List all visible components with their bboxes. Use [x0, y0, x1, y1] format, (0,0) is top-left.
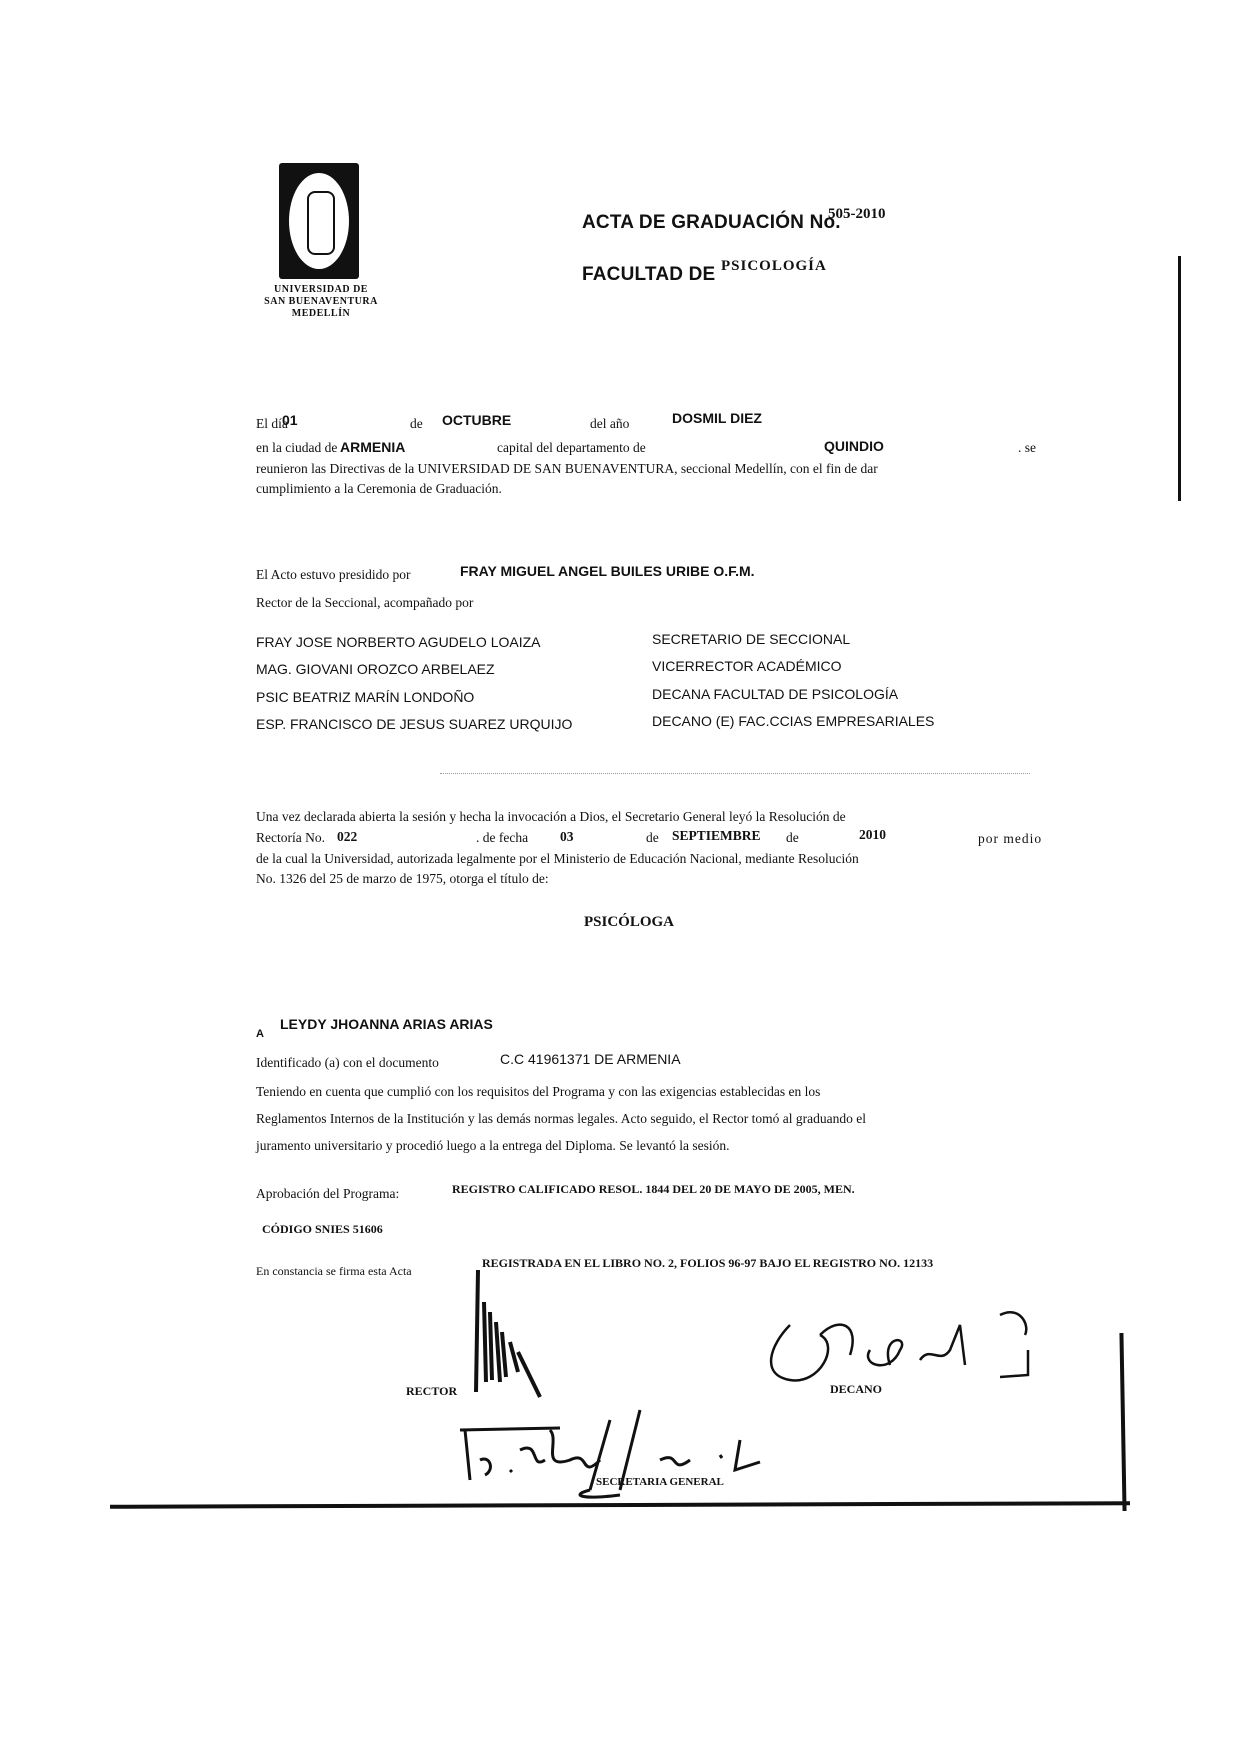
member-role: DECANO (E) FAC.CCIAS EMPRESARIALES	[652, 713, 934, 729]
university-seal-icon	[279, 163, 359, 279]
anio-label: del año	[590, 417, 629, 431]
por-medio-label: por medio	[978, 832, 1042, 846]
id-value: C.C 41961371 DE ARMENIA	[500, 1051, 681, 1067]
id-label: Identificado (a) con el documento	[256, 1056, 439, 1070]
date-line-4: cumplimiento a la Ceremonia de Graduació…	[256, 482, 502, 496]
aprobacion-label: Aprobación del Programa:	[256, 1187, 399, 1201]
secretaria-label: SECRETARIA GENERAL	[596, 1476, 724, 1488]
facultad-label: FACULTAD DE	[582, 264, 715, 286]
member-role: SECRETARIO DE SECCIONAL	[652, 631, 850, 647]
logo-line-3: MEDELLÍN	[246, 308, 396, 319]
resolution-line-4: No. 1326 del 25 de marzo de 1975, otorga…	[256, 872, 549, 886]
resolution-line-3: de la cual la Universidad, autorizada le…	[256, 852, 1036, 866]
member-role: DECANA FACULTAD DE PSICOLOGÍA	[652, 686, 898, 702]
constancia-label: En constancia se firma esta Acta	[256, 1265, 412, 1277]
rectoria-label: Rectoría No.	[256, 831, 325, 845]
resolution-line-1: Una vez declarada abierta la sesión y he…	[256, 810, 1036, 824]
graduate-line-2: Reglamentos Internos de la Institución y…	[256, 1112, 1036, 1126]
member-name: ESP. FRANCISCO DE JESUS SUAREZ URQUIJO	[256, 716, 572, 732]
member-name: MAG. GIOVANI OROZCO ARBELAEZ	[256, 661, 495, 677]
graduate-name: LEYDY JHOANNA ARIAS ARIAS	[280, 1016, 493, 1032]
presided-value: FRAY MIGUEL ANGEL BUILES URIBE O.F.M.	[460, 563, 755, 579]
bottom-rule	[110, 1501, 1130, 1509]
facultad-value: PSICOLOGÍA	[721, 258, 827, 275]
member-role: VICERRECTOR ACADÉMICO	[652, 658, 842, 674]
graduate-line-1: Teniendo en cuenta que cumplió con los r…	[256, 1085, 1036, 1099]
fecha-dia: 03	[560, 830, 574, 844]
scan-edge-line	[1119, 1333, 1126, 1511]
scan-edge-line	[1178, 256, 1181, 501]
a-label: A	[256, 1028, 264, 1040]
dotted-separator	[440, 773, 1030, 775]
acta-label: ACTA DE GRADUACIÓN No.	[582, 212, 841, 234]
se-label: . se	[1018, 441, 1036, 455]
de-label-2: de	[786, 831, 799, 845]
dia-value: 01	[282, 412, 298, 428]
snies-code: CÓDIGO SNIES 51606	[262, 1222, 383, 1237]
rectoria-value: 022	[337, 830, 357, 844]
member-name: FRAY JOSE NORBERTO AGUDELO LOAIZA	[256, 634, 540, 650]
title-awarded: PSICÓLOGA	[584, 914, 674, 931]
de-label: de	[646, 831, 659, 845]
acta-number: 505-2010	[828, 206, 886, 223]
decano-label: DECANO	[830, 1382, 882, 1397]
ciudad-value: ARMENIA	[340, 439, 405, 455]
rector-signature	[470, 1262, 580, 1402]
depto-value: QUINDIO	[824, 438, 884, 454]
presided-label: El Acto estuvo presidido por	[256, 568, 410, 582]
decano-signature	[760, 1305, 1060, 1395]
date-line-3: reunieron las Directivas de la UNIVERSID…	[256, 462, 878, 476]
fecha-mes: SEPTIEMBRE	[672, 829, 761, 843]
graduate-line-3: juramento universitario y procedió luego…	[256, 1139, 729, 1153]
mes-value: OCTUBRE	[442, 412, 511, 428]
fecha-label: . de fecha	[476, 831, 528, 845]
de-label: de	[410, 417, 423, 431]
ciudad-label: en la ciudad de	[256, 441, 337, 455]
member-name: PSIC BEATRIZ MARÍN LONDOÑO	[256, 689, 474, 705]
logo-line-2: SAN BUENAVENTURA	[246, 296, 396, 307]
logo-line-1: UNIVERSIDAD DE	[246, 284, 396, 295]
depto-label: capital del departamento de	[497, 441, 646, 455]
rector-label: RECTOR	[406, 1384, 457, 1399]
fecha-anio: 2010	[859, 828, 886, 842]
rector-line: Rector de la Seccional, acompañado por	[256, 596, 473, 610]
anio-value: DOSMIL DIEZ	[672, 410, 762, 426]
aprobacion-value: REGISTRO CALIFICADO RESOL. 1844 DEL 20 D…	[452, 1182, 855, 1197]
